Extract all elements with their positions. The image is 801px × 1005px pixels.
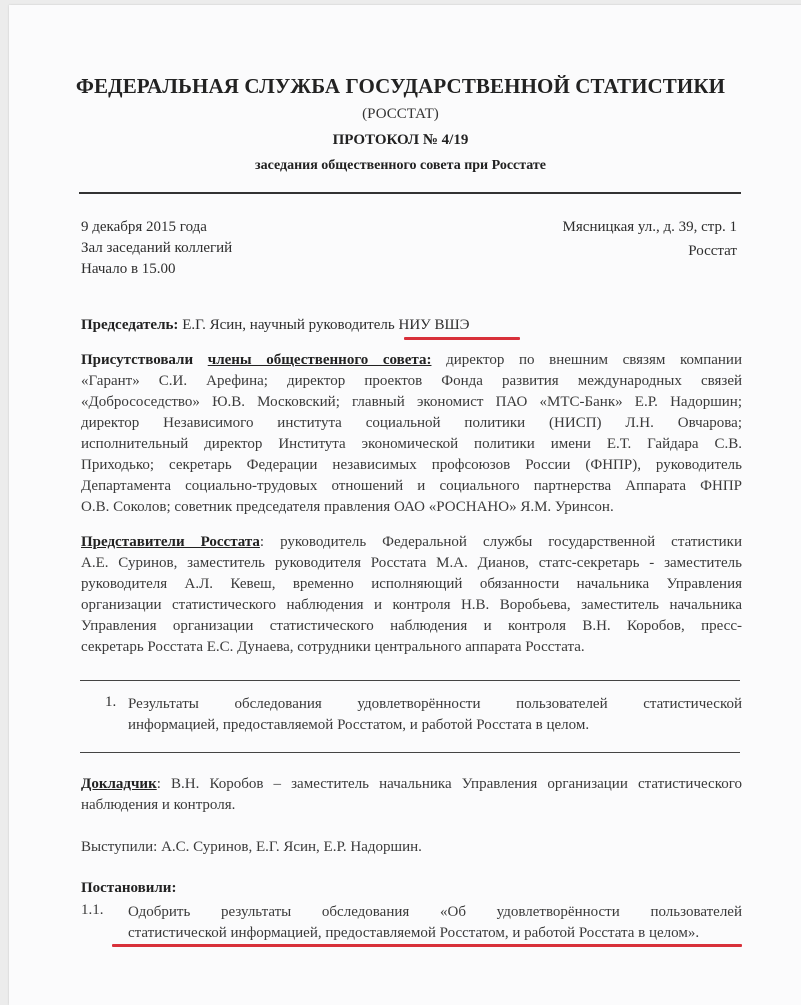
- representatives-line: А.Е. Суринов, заместитель руководителя Р…: [81, 553, 742, 574]
- meeting-org: Росстат: [688, 243, 737, 260]
- chairman-line: Председатель: Е.Г. Ясин, научный руковод…: [81, 317, 470, 334]
- members-line: «Гарант» С.И. Арефина; директор проектов…: [81, 371, 742, 392]
- chairman-label: Председатель:: [81, 317, 178, 333]
- representatives-line: секретарь Росстата Е.С. Дунаева, сотрудн…: [81, 637, 742, 658]
- members-line: Приходько; секретарь Федерации независим…: [81, 455, 742, 476]
- members-line: Присутствовали члены общественного совет…: [81, 350, 742, 371]
- agenda-item: Результаты обследования удовлетворённост…: [128, 694, 742, 736]
- protocol-number: ПРОТОКОЛ № 4/19: [0, 132, 801, 149]
- representatives-line: организации статистического наблюдения и…: [81, 595, 742, 616]
- meeting-date: 9 декабря 2015 года: [81, 219, 207, 236]
- meeting-hall: Зал заседаний коллегий: [81, 240, 232, 257]
- speakers-list: Выступили: А.С. Суринов, Е.Г. Ясин, Е.Р.…: [81, 839, 422, 856]
- members-line: О.В. Соколов; советник председателя прав…: [81, 497, 742, 518]
- document-title: ФЕДЕРАЛЬНАЯ СЛУЖБА ГОСУДАРСТВЕННОЙ СТАТИ…: [0, 74, 801, 99]
- header-divider: [79, 192, 741, 194]
- representatives-paragraph: Представители Росстата: руководитель Фед…: [81, 532, 742, 658]
- members-paragraph: Присутствовали члены общественного совет…: [81, 350, 742, 518]
- speaker-paragraph: Докладчик: В.Н. Коробов – заместитель на…: [81, 774, 742, 816]
- representatives-line: Управления организации статистического н…: [81, 616, 742, 637]
- resolution-item: Одобрить результаты обследования «Об удо…: [128, 902, 742, 944]
- meeting-start: Начало в 15.00: [81, 261, 176, 278]
- agenda-divider-bottom: [80, 752, 740, 753]
- members-line: директор Независимого института социальн…: [81, 413, 742, 434]
- members-line: исполнительный директор Института эконом…: [81, 434, 742, 455]
- chairman-org: НИУ ВШЭ: [398, 317, 469, 333]
- resolution-number: 1.1.: [81, 902, 104, 919]
- red-highlight-underline: [112, 944, 742, 947]
- red-highlight-underline: [404, 337, 520, 340]
- agenda-item-number: 1.: [105, 694, 116, 711]
- representatives-line: руководителя А.Л. Кевеш, временно исполн…: [81, 574, 742, 595]
- representatives-line: Представители Росстата: руководитель Фед…: [81, 532, 742, 553]
- members-line: «Добрососедство» Ю.В. Московский; главны…: [81, 392, 742, 413]
- meeting-address: Мясницкая ул., д. 39, стр. 1: [563, 219, 737, 236]
- agenda-divider-top: [80, 680, 740, 681]
- resolved-label: Постановили:: [81, 880, 176, 897]
- org-abbreviation: (РОССТАТ): [0, 106, 801, 123]
- chairman-text: Е.Г. Ясин, научный руководитель: [178, 317, 398, 333]
- members-line: Департамента социально-трудовых отношени…: [81, 476, 742, 497]
- meeting-subtitle: заседания общественного совета при Росст…: [0, 158, 801, 174]
